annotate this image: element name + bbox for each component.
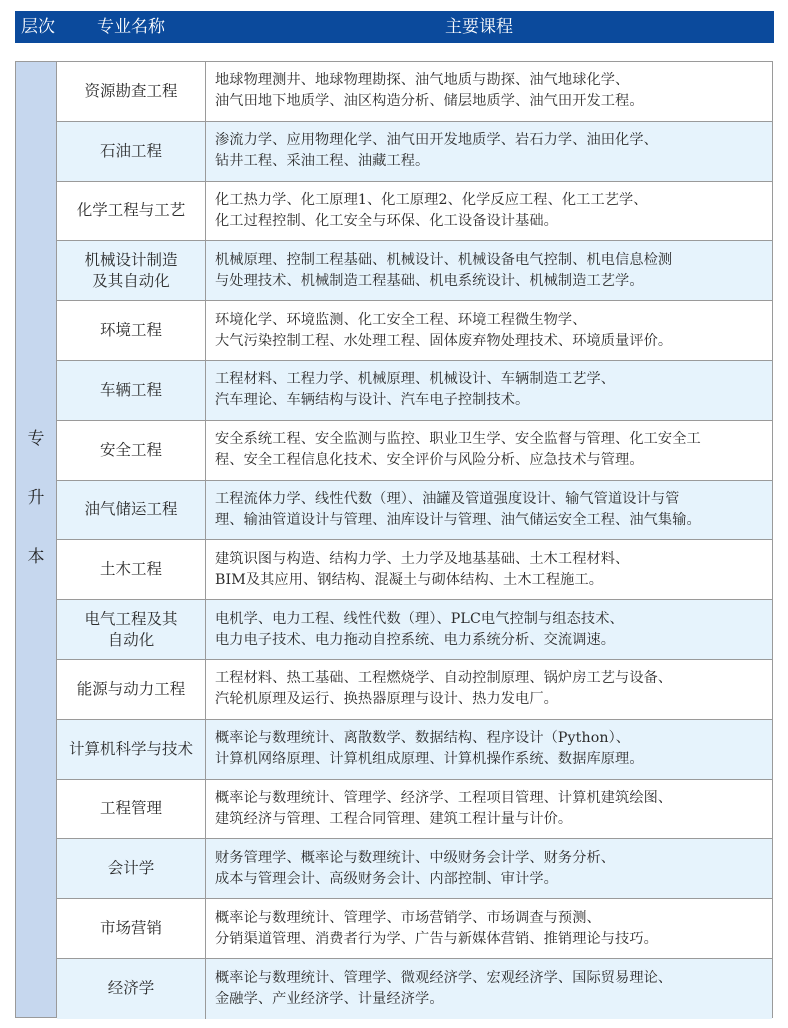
major-courses: 机械原理、控制工程基础、机械设计、机械设备电气控制、机电信息检测 与处理技术、机… <box>206 241 772 300</box>
table-row: 经济学概率论与数理统计、管理学、微观经济学、宏观经济学、国际贸易理论、 金融学、… <box>57 959 772 1019</box>
major-courses: 概率论与数理统计、离散数学、数据结构、程序设计（Python）、 计算机网络原理… <box>206 720 772 779</box>
major-name: 环境工程 <box>57 301 206 360</box>
major-courses: 工程材料、工程力学、机械原理、机械设计、车辆制造工艺学、 汽车理论、车辆结构与设… <box>206 361 772 420</box>
major-courses: 概率论与数理统计、管理学、市场营销学、市场调查与预测、 分销渠道管理、消费者行为… <box>206 899 772 958</box>
table-row: 车辆工程工程材料、工程力学、机械原理、机械设计、车辆制造工艺学、 汽车理论、车辆… <box>57 361 772 421</box>
major-courses: 环境化学、环境监测、化工安全工程、环境工程微生物学、 大气污染控制工程、水处理工… <box>206 301 772 360</box>
major-courses: 工程材料、热工基础、工程燃烧学、自动控制原理、锅炉房工艺与设备、 汽轮机原理及运… <box>206 660 772 719</box>
major-name: 能源与动力工程 <box>57 660 206 719</box>
header-main-courses: 主要课程 <box>445 16 513 38</box>
level-cell: 专 升 本 <box>16 62 57 1017</box>
courses-text: 渗流力学、应用物理化学、油气田开发地质学、岩石力学、油田化学、 钻井工程、采油工… <box>215 130 658 172</box>
courses-text: 化工热力学、化工原理1、化工原理2、化学反应工程、化工工艺学、 化工过程控制、化… <box>215 190 648 232</box>
courses-text: 概率论与数理统计、管理学、微观经济学、宏观经济学、国际贸易理论、 金融学、产业经… <box>215 968 672 1010</box>
table-body: 资源勘查工程地球物理测井、地球物理勘探、油气地质与勘探、油气地球化学、 油气田地… <box>57 62 772 1019</box>
table-row: 安全工程安全系统工程、安全监测与监控、职业卫生学、安全监督与管理、化工安全工 程… <box>57 421 772 481</box>
major-courses: 安全系统工程、安全监测与监控、职业卫生学、安全监督与管理、化工安全工 程、安全工… <box>206 421 772 480</box>
major-courses: 财务管理学、概率论与数理统计、中级财务会计学、财务分析、 成本与管理会计、高级财… <box>206 839 772 898</box>
courses-text: 建筑识图与构造、结构力学、土力学及地基基础、土木工程材料、 BIM及其应用、钢结… <box>215 549 629 591</box>
courses-text: 工程材料、热工基础、工程燃烧学、自动控制原理、锅炉房工艺与设备、 汽轮机原理及运… <box>215 668 672 710</box>
table-row: 油气储运工程工程流体力学、线性代数（理）、油罐及管道强度设计、输气管道设计与管 … <box>57 481 772 541</box>
major-courses: 概率论与数理统计、管理学、微观经济学、宏观经济学、国际贸易理论、 金融学、产业经… <box>206 959 772 1019</box>
major-name: 电气工程及其 自动化 <box>57 600 206 659</box>
table-row: 电气工程及其 自动化电机学、电力工程、线性代数（理）、PLC电气控制与组态技术、… <box>57 600 772 660</box>
table-header: 层次 专业名称 主要课程 <box>15 11 774 43</box>
table-row: 计算机科学与技术概率论与数理统计、离散数学、数据结构、程序设计（Python）、… <box>57 720 772 780</box>
major-courses: 电机学、电力工程、线性代数（理）、PLC电气控制与组态技术、 电力电子技术、电力… <box>206 600 772 659</box>
major-name: 油气储运工程 <box>57 481 206 540</box>
table-row: 市场营销概率论与数理统计、管理学、市场营销学、市场调查与预测、 分销渠道管理、消… <box>57 899 772 959</box>
level-char-1: 专 <box>16 424 56 449</box>
level-char-3: 本 <box>16 542 56 567</box>
courses-text: 概率论与数理统计、管理学、经济学、工程项目管理、计算机建筑绘图、 建筑经济与管理… <box>215 788 672 830</box>
courses-text: 工程流体力学、线性代数（理）、油罐及管道强度设计、输气管道设计与管 理、输油管道… <box>215 489 701 531</box>
table-row: 石油工程渗流力学、应用物理化学、油气田开发地质学、岩石力学、油田化学、 钻井工程… <box>57 122 772 182</box>
courses-text: 概率论与数理统计、离散数学、数据结构、程序设计（Python）、 计算机网络原理… <box>215 728 644 770</box>
table-row: 环境工程环境化学、环境监测、化工安全工程、环境工程微生物学、 大气污染控制工程、… <box>57 301 772 361</box>
major-name: 安全工程 <box>57 421 206 480</box>
courses-text: 地球物理测井、地球物理勘探、油气地质与勘探、油气地球化学、 油气田地下地质学、油… <box>215 70 644 112</box>
table-row: 机械设计制造 及其自动化机械原理、控制工程基础、机械设计、机械设备电气控制、机电… <box>57 241 772 301</box>
major-courses: 概率论与数理统计、管理学、经济学、工程项目管理、计算机建筑绘图、 建筑经济与管理… <box>206 780 772 839</box>
major-name: 土木工程 <box>57 540 206 599</box>
major-name: 工程管理 <box>57 780 206 839</box>
major-courses: 渗流力学、应用物理化学、油气田开发地质学、岩石力学、油田化学、 钻井工程、采油工… <box>206 122 772 181</box>
major-name: 机械设计制造 及其自动化 <box>57 241 206 300</box>
major-name: 资源勘查工程 <box>57 62 206 121</box>
major-name: 市场营销 <box>57 899 206 958</box>
table-row: 土木工程建筑识图与构造、结构力学、土力学及地基基础、土木工程材料、 BIM及其应… <box>57 540 772 600</box>
major-courses: 工程流体力学、线性代数（理）、油罐及管道强度设计、输气管道设计与管 理、输油管道… <box>206 481 772 540</box>
table-row: 资源勘查工程地球物理测井、地球物理勘探、油气地质与勘探、油气地球化学、 油气田地… <box>57 62 772 122</box>
courses-text: 概率论与数理统计、管理学、市场营销学、市场调查与预测、 分销渠道管理、消费者行为… <box>215 908 658 950</box>
table-row: 工程管理概率论与数理统计、管理学、经济学、工程项目管理、计算机建筑绘图、 建筑经… <box>57 780 772 840</box>
major-courses: 化工热力学、化工原理1、化工原理2、化学反应工程、化工工艺学、 化工过程控制、化… <box>206 182 772 241</box>
courses-text: 财务管理学、概率论与数理统计、中级财务会计学、财务分析、 成本与管理会计、高级财… <box>215 848 615 890</box>
table-row: 能源与动力工程工程材料、热工基础、工程燃烧学、自动控制原理、锅炉房工艺与设备、 … <box>57 660 772 720</box>
table-row: 会计学财务管理学、概率论与数理统计、中级财务会计学、财务分析、 成本与管理会计、… <box>57 839 772 899</box>
curriculum-table: 专 升 本 资源勘查工程地球物理测井、地球物理勘探、油气地质与勘探、油气地球化学… <box>15 61 773 1018</box>
major-name: 会计学 <box>57 839 206 898</box>
major-name: 车辆工程 <box>57 361 206 420</box>
header-level: 层次 <box>21 16 55 38</box>
header-major-name: 专业名称 <box>97 16 165 38</box>
level-char-2: 升 <box>16 483 56 508</box>
courses-text: 工程材料、工程力学、机械原理、机械设计、车辆制造工艺学、 汽车理论、车辆结构与设… <box>215 369 615 411</box>
major-name: 计算机科学与技术 <box>57 720 206 779</box>
courses-text: 机械原理、控制工程基础、机械设计、机械设备电气控制、机电信息检测 与处理技术、机… <box>215 250 672 292</box>
major-courses: 地球物理测井、地球物理勘探、油气地质与勘探、油气地球化学、 油气田地下地质学、油… <box>206 62 772 121</box>
major-courses: 建筑识图与构造、结构力学、土力学及地基基础、土木工程材料、 BIM及其应用、钢结… <box>206 540 772 599</box>
major-name: 经济学 <box>57 959 206 1019</box>
major-name: 化学工程与工艺 <box>57 182 206 241</box>
table-row: 化学工程与工艺化工热力学、化工原理1、化工原理2、化学反应工程、化工工艺学、 化… <box>57 182 772 242</box>
courses-text: 环境化学、环境监测、化工安全工程、环境工程微生物学、 大气污染控制工程、水处理工… <box>215 310 672 352</box>
courses-text: 安全系统工程、安全监测与监控、职业卫生学、安全监督与管理、化工安全工 程、安全工… <box>215 429 701 471</box>
courses-text: 电机学、电力工程、线性代数（理）、PLC电气控制与组态技术、 电力电子技术、电力… <box>215 609 624 651</box>
major-name: 石油工程 <box>57 122 206 181</box>
